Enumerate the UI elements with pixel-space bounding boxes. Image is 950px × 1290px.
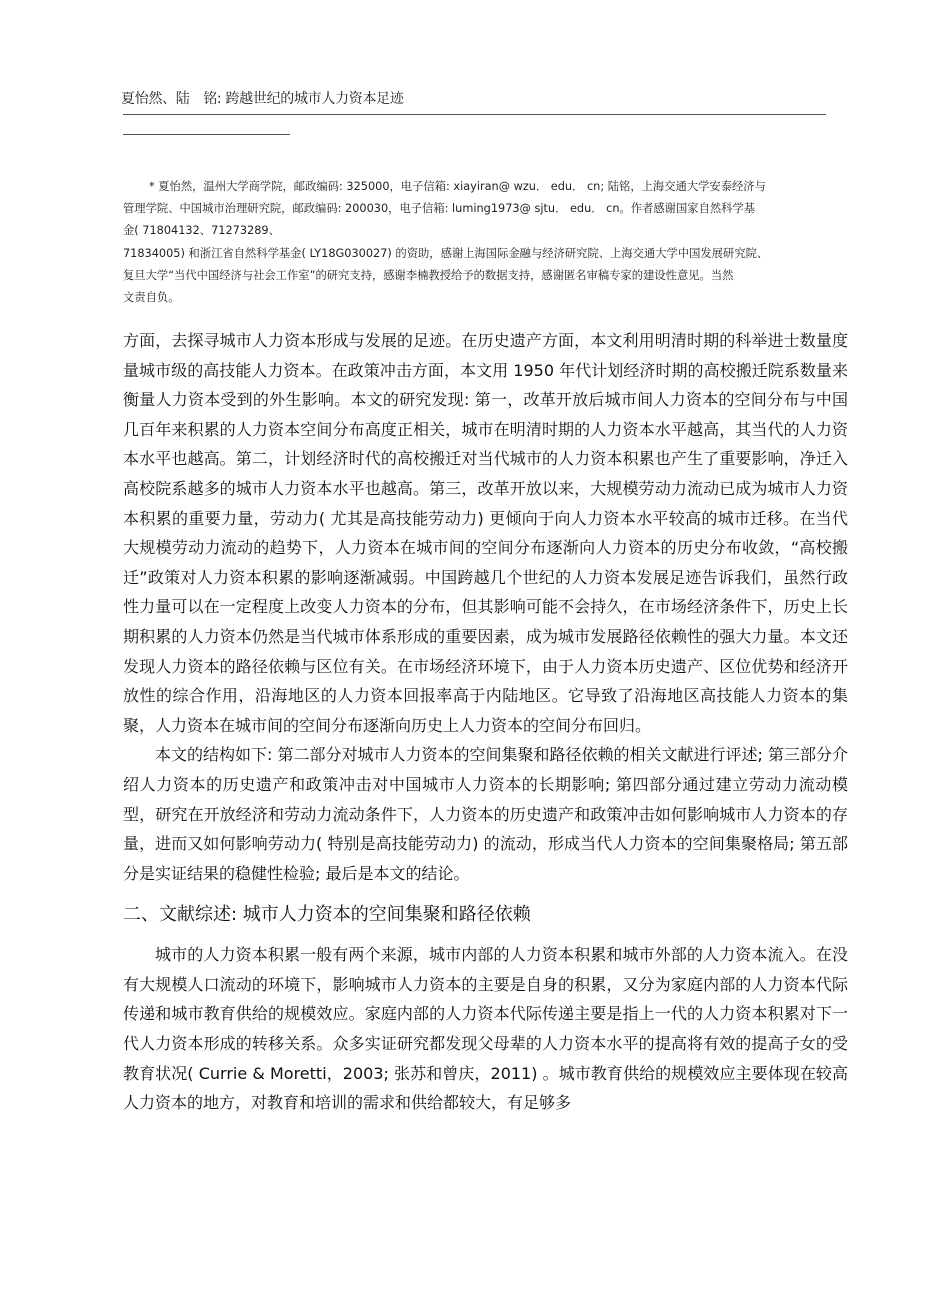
- paragraph: 城市的人力资本积累一般有两个来源，城市内部的人力资本积累和城市外部的人力资本流入…: [123, 940, 848, 1118]
- paragraph: 方面，去探寻城市人力资本形成与发展的足迹。在历史遗产方面，本文利用明清时期的科举…: [123, 326, 848, 740]
- running-head: 夏怡然、陆 铭: 跨越世纪的城市人力资本足迹: [121, 88, 404, 108]
- body-text: 方面，去探寻城市人力资本形成与发展的足迹。在历史遗产方面，本文利用明清时期的科举…: [123, 326, 848, 1118]
- footnote-line: 71834005) 和浙江省自然科学基金( LY18G030027) 的资助，感…: [123, 243, 843, 265]
- footnote-line: * 夏怡然，温州大学商学院，邮政编码: 325000，电子信箱: xiayira…: [123, 176, 843, 198]
- footnote-rule: [123, 134, 290, 135]
- header-rule: [123, 114, 826, 115]
- paragraph: 本文的结构如下: 第二部分对城市人力资本的空间集聚和路径依赖的相关文献进行评述;…: [123, 740, 848, 888]
- section-title: 二、文献综述: 城市人力资本的空间集聚和路径依赖: [123, 900, 848, 930]
- footnote-line: 复旦大学“当代中国经济与社会工作室”的研究支持，感谢李楠教授给予的数据支持，感谢…: [123, 265, 843, 287]
- footnote-line: 管理学院、中国城市治理研究院，邮政编码: 200030，电子信箱: luming…: [123, 198, 843, 220]
- footnote-line: 文责自负。: [123, 287, 843, 309]
- footnote-line: 金( 71804132、71273289、: [123, 220, 843, 242]
- footnote: * 夏怡然，温州大学商学院，邮政编码: 325000，电子信箱: xiayira…: [123, 176, 843, 309]
